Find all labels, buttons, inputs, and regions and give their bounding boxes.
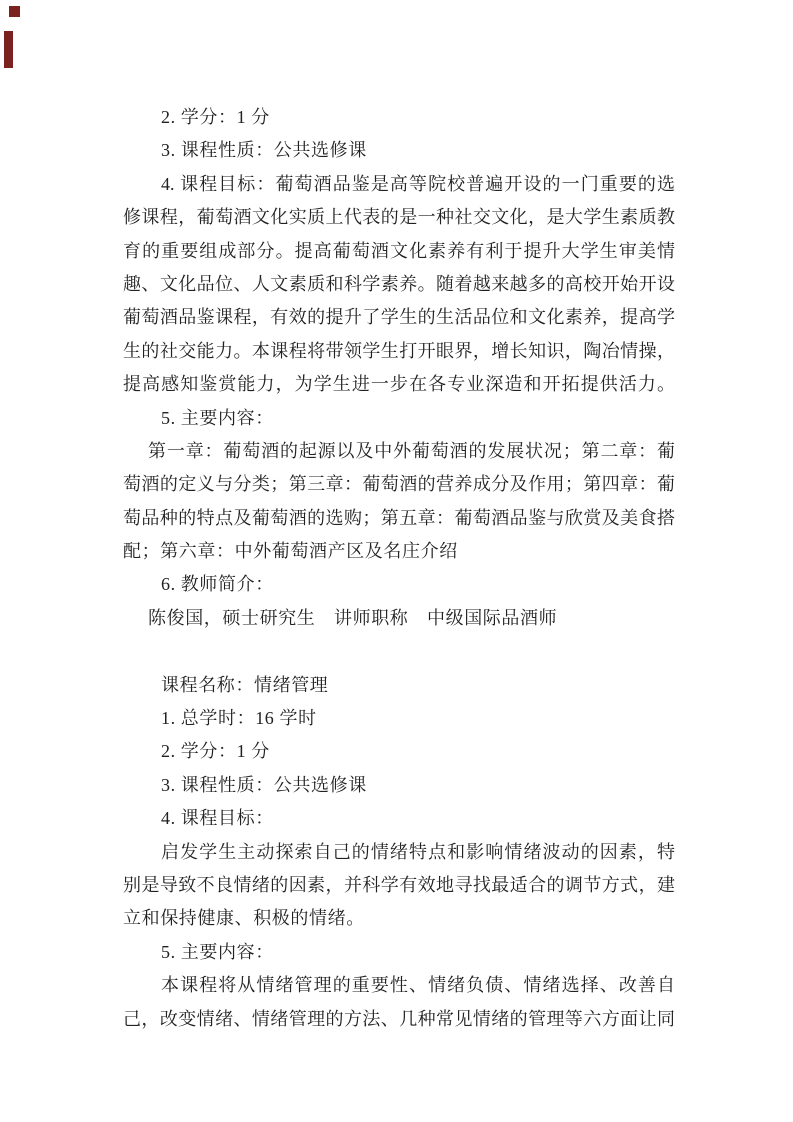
text-line: 3. 课程性质：公共选修课 [123, 769, 675, 802]
text-line: 4. 课程目标：葡萄酒品鉴是高等院校普遍开设的一门重要的选 [123, 168, 675, 201]
text-line: 1. 总学时：16 学时 [123, 702, 675, 735]
document-page: 2. 学分：1 分3. 课程性质：公共选修课4. 课程目标：葡萄酒品鉴是高等院校… [0, 0, 793, 1122]
text-line: 启发学生主动探索自己的情绪特点和影响情绪波动的因素，特 [123, 836, 675, 869]
text-line: 4. 课程目标： [123, 802, 675, 835]
text-block: 2. 学分：1 分3. 课程性质：公共选修课4. 课程目标：葡萄酒品鉴是高等院校… [123, 101, 675, 1036]
text-line: 萄品种的特点及葡萄酒的选购；第五章：葡萄酒品鉴与欣赏及美食搭 [123, 502, 675, 535]
text-line: 陈俊国，硕士研究生 讲师职称 中级国际品酒师 [123, 602, 675, 635]
text-line: 本课程将从情绪管理的重要性、情绪负债、情绪选择、改善自 [123, 969, 675, 1002]
text-line: 3. 课程性质：公共选修课 [123, 134, 675, 167]
scan-artifact-mark [4, 31, 13, 68]
text-line: 课程名称：情绪管理 [123, 669, 675, 702]
text-line: 己，改变情绪、情绪管理的方法、几种常见情绪的管理等六方面让同 [123, 1003, 675, 1036]
text-line: 萄酒的定义与分类；第三章：葡萄酒的营养成分及作用；第四章：葡 [123, 468, 675, 501]
text-line: 2. 学分：1 分 [123, 101, 675, 134]
text-line: 5. 主要内容： [123, 936, 675, 969]
text-line: 提高感知鉴赏能力，为学生进一步在各专业深造和开拓提供活力。 [123, 368, 675, 401]
text-line: 葡萄酒品鉴课程，有效的提升了学生的生活品位和文化素养，提高学 [123, 301, 675, 334]
text-line: 生的社交能力。本课程将带领学生打开眼界，增长知识，陶冶情操， [123, 335, 675, 368]
text-line: 修课程，葡萄酒文化实质上代表的是一种社交文化，是大学生素质教 [123, 201, 675, 234]
text-line: 立和保持健康、积极的情绪。 [123, 902, 675, 935]
text-line: 第一章：葡萄酒的起源以及中外葡萄酒的发展状况；第二章：葡 [123, 435, 675, 468]
text-line: 育的重要组成部分。提高葡萄酒文化素养有利于提升大学生审美情 [123, 235, 675, 268]
text-line: 别是导致不良情绪的因素，并科学有效地寻找最适合的调节方式，建 [123, 869, 675, 902]
text-line: 趣、文化品位、人文素质和科学素养。随着越来越多的高校开始开设 [123, 268, 675, 301]
blank-line [123, 635, 675, 668]
text-line: 5. 主要内容： [123, 402, 675, 435]
text-line: 6. 教师简介： [123, 568, 675, 601]
text-line: 2. 学分：1 分 [123, 735, 675, 768]
scan-artifact-mark [9, 6, 20, 17]
text-line: 配；第六章：中外葡萄酒产区及名庄介绍 [123, 535, 675, 568]
